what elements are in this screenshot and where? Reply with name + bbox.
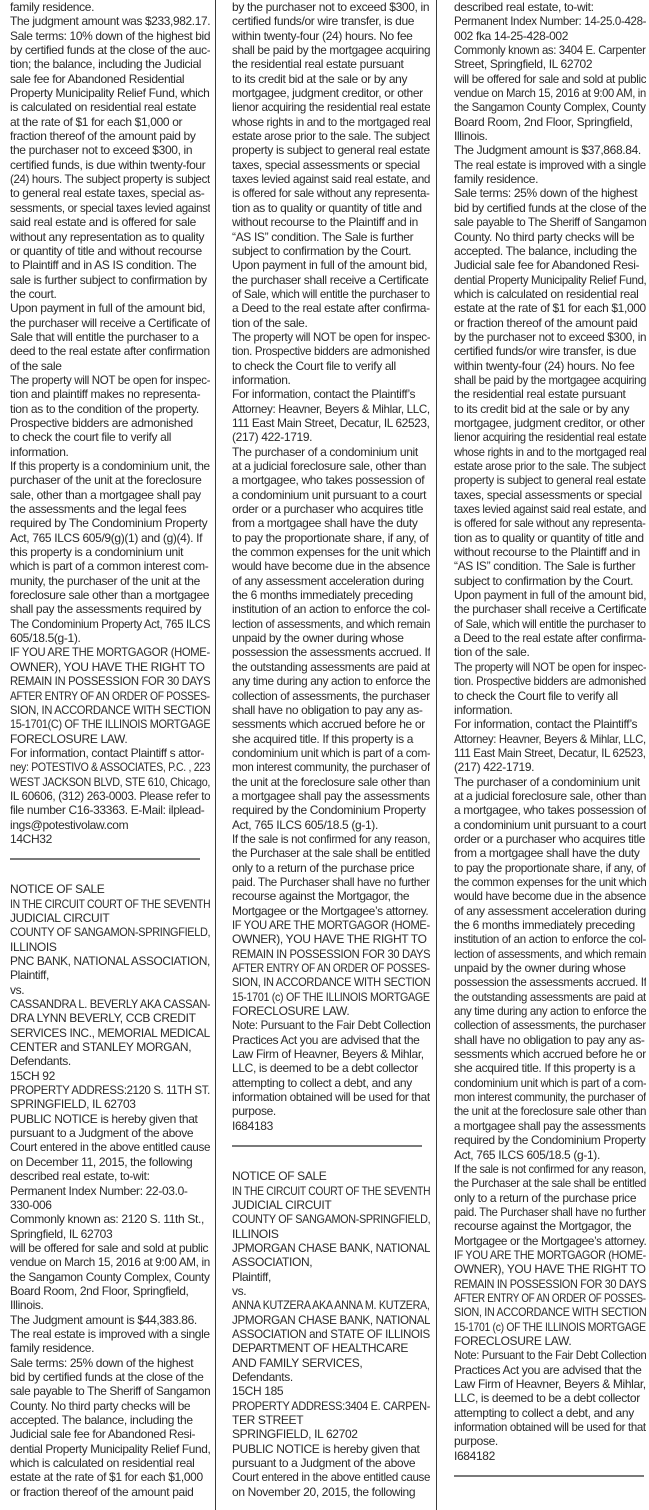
text-line: ANNA KUTZERA AKA ANNA M. KUTZERA, [232,1298,409,1312]
text-line: tion and plaintiff makes no representa- [10,387,210,401]
text-line: from a mortgagee shall have the duty [454,846,646,860]
text-line: information. [454,703,646,717]
text-line: within twenty-four (24) hours. No fee [232,29,430,43]
text-line: Illinois. [454,129,646,143]
text-line: by the purchaser not to exceed $300, in [454,330,641,344]
text-line: If the sale is not confirmed for any rea… [232,832,420,846]
text-line: a mortgagee, who takes possession of [232,473,430,487]
text-line: 002 fka 14-25-428-002 [454,29,646,43]
text-line: FORECLOSURE LAW. [232,1004,430,1018]
text-line: which is part of a common interest com- [10,559,210,573]
text-line: Permanent Index Number: 14-25.0-428- [454,14,638,28]
text-line: is offered for sale without any represen… [454,516,633,530]
text-line: would have become due in the absence [454,889,639,903]
text-line: Practices Act you are advised that the [232,1033,430,1047]
text-line: OWNER), YOU HAVE THE RIGHT TO [10,660,210,674]
text-line: ings@potestivolaw.com [10,818,210,832]
text-line: If the sale is not confirmed for any rea… [454,1162,631,1176]
text-line: For information, contact Plaintiff s att… [10,746,210,760]
text-line: DEPARTMENT OF HEALTHCARE [232,1341,430,1355]
text-line: The purchaser of a condominium unit [232,445,430,459]
text-line: to check the Court file to verify all [454,689,646,703]
text-line: sessments which accrued before he or [232,717,430,731]
text-line: would have become due in the absence [232,559,429,573]
text-line: purpose. [454,1434,646,1448]
text-line: shall be paid by the mortgagee acquiring [454,373,636,387]
text-line: the 6 months immediately preceding [232,588,430,602]
text-line: vendue on March 15, 2016 at 9:00 AM, in [10,1255,204,1269]
text-line: REMAIN IN POSSESSION FOR 30 DAYS [454,1277,627,1291]
text-line: taxes levied against said real estate, a… [454,502,636,516]
text-line: Plaintiff, [232,1270,430,1284]
text-line: SPRINGFIELD, IL 62702 [232,1427,430,1441]
column-3: described real estate, to-wit:Permanent … [454,0,646,1510]
text-line: County. No third party checks will be [454,230,646,244]
text-line: lection of assessments, and which remain [232,617,420,631]
text-line: the common expenses for the unit which [232,545,427,559]
text-line: order or a purchaser who acquires title [454,832,646,846]
text-line: PUBLIC NOTICE is hereby given that [232,1442,430,1456]
text-line: is calculated on residential real estate [10,100,210,114]
text-line: Law Firm of Heavner, Beyers & Mihlar, [454,1377,646,1391]
text-line: I684182 [454,1449,646,1463]
column-divider [436,0,437,1510]
text-line: estate arose prior to the sale. The subj… [232,129,422,143]
text-line: Attorney: Heavner, Beyers & Mihlar, LLC, [454,732,634,746]
text-line: Upon payment in full of the amount bid, [232,258,430,272]
text-line: 15-1701 (c) OF THE ILLINOIS MORTGAGE [454,1320,620,1334]
text-line: SION, IN ACCORDANCE WITH SECTION [454,1305,625,1319]
text-line: REMAIN IN POSSESSION FOR 30 DAYS [10,674,198,688]
text-line: Commonly known as: 2120 S. 11th St., [10,1212,210,1226]
text-line: will be offered for sale and sold at pub… [10,1241,210,1255]
text-line: AND FAMILY SERVICES, [232,1356,430,1370]
text-line: “AS IS” condition. The Sale is further [232,230,430,244]
text-line: recourse against the Mortgagor, the [232,889,430,903]
text-line: AFTER ENTRY OF AN ORDER OF POSSES- [232,961,400,975]
text-line: PROPERTY ADDRESS:2120 S. 11TH ST. [10,1083,199,1097]
text-line: shall have no obligation to pay any as- [454,1033,646,1047]
text-line: without recourse to the Plaintiff and in [232,215,430,229]
text-line: lienor acquiring the residential real es… [232,100,425,114]
text-line: paid. The Purchaser shall have no furthe… [232,875,422,889]
text-line: within twenty-four (24) hours. No fee [454,359,646,373]
text-line: tion as to the condition of the property… [10,402,210,416]
text-line: to pay the proportionate share, if any, … [454,861,641,875]
text-line: Mortgagee or the Mortgagee’s attorney. [232,904,430,918]
text-line: vendue on March 15, 2016 at 9:00 AM, in [454,86,633,100]
text-line: sessments which accrued before he or [454,1047,645,1061]
text-line: The Judgment amount is $37,868.84. [454,143,646,157]
text-line: CASSANDRA L. BEVERLY AKA CASSAN- [10,997,195,1011]
text-line: of Sale, which will entitle the purchase… [454,617,634,631]
text-line: information. [10,445,210,459]
text-line: required by the Condominium Property [454,1133,644,1147]
text-line: estate at the rate of $1 for each $1,000 [454,301,645,315]
text-line: or fraction thereof of the amount paid [454,316,646,330]
text-line: foreclosure sale other than a mortgagee [10,588,210,602]
text-line: Springfield, IL 62703 [10,1227,210,1241]
text-line: (217) 422-1719. [454,760,646,774]
text-line: Defendants. [232,1370,430,1384]
text-line: WEST JACKSON BLVD, STE 610, Chicago, [10,775,189,789]
text-line: estate at the rate of $1 for each $1,000 [10,1470,210,1484]
text-line: shall have no obligation to pay any as- [232,703,430,717]
text-line: a mortgagee shall pay the assessments [232,789,429,803]
text-line: a condominium unit pursuant to a court [454,818,644,832]
text-line: sessments, or special taxes levied again… [10,201,201,215]
text-line: attempting to collect a debt, and any [232,1076,430,1090]
text-line: subject to confirmation by the Court. [454,574,646,588]
text-line: Prospective bidders are admonished [10,416,210,430]
text-line: tion as to quality or quantity of title … [232,201,430,215]
text-line: Court entered in the above entitled caus… [232,1470,423,1484]
text-line: any time during any action to enforce th… [454,1004,636,1018]
text-line: mon interest community, the purchaser of [454,1090,633,1104]
text-line: AFTER ENTRY OF AN ORDER OF POSSES- [10,689,181,703]
text-line: certified funds/or wire transfer, is due [232,14,430,28]
text-line: pursuant to a Judgment of the above [232,1456,430,1470]
text-line: The judgment amount was $233,982.17. [10,14,208,28]
text-line: tion of the sale. [454,645,646,659]
text-line: shall be paid by the mortgagee acquiring [232,43,426,57]
text-line: at a judicial foreclosure sale, other th… [454,789,644,803]
text-line: IN THE CIRCUIT COURT OF THE SEVENTH [10,897,183,911]
text-line: The real estate is improved with a singl… [10,1327,210,1341]
text-line: from a mortgagee shall have the duty [232,516,430,530]
text-line: property is subject to general real esta… [454,473,639,487]
text-line: Permanent Index Number: 22-03.0- [10,1184,210,1198]
text-line: IF YOU ARE THE MORTGAGOR (HOME- [232,918,415,932]
text-line: estate arose prior to the sale. The subj… [454,459,633,473]
text-line: the Purchaser at the sale shall be entit… [454,1176,634,1190]
text-line: LLC, is deemed to be a debt collector [454,1391,646,1405]
text-line: the assessments and the legal fees [10,502,210,516]
text-line: property is subject to general real esta… [232,143,429,157]
text-line: to general real estate taxes, special as… [10,186,210,200]
text-line: paid. The Purchaser shall have no furthe… [454,1205,633,1219]
text-line: the Sangamon County Complex, County [454,100,636,114]
notice-text-block: described real estate, to-wit:Permanent … [454,0,646,1463]
text-line: the Sangamon County Complex, County [10,1270,207,1284]
column-2: by the purchaser not to exceed $300, inc… [232,0,430,1510]
text-line: ILLINOIS [232,1227,430,1241]
text-line: COUNTY OF SANGAMON-SPRINGFIELD, [232,1212,410,1226]
text-line: information obtained will be used for th… [454,1420,637,1434]
text-line: recourse against the Mortgagor, the [454,1219,646,1233]
text-line: vs. [232,1284,430,1298]
text-line: JUDICIAL CIRCUIT [232,1198,430,1212]
text-line: or quantity of title and without recours… [10,244,210,258]
text-line: the court. [10,287,210,301]
text-line: the unit at the foreclosure sale other t… [454,1104,636,1118]
text-line: The property will NOT be open for inspec… [454,660,631,674]
text-line: by certified funds at the close of the a… [10,43,210,57]
text-line: Act, 765 ILCS 605/9(g)(1) and (g)(4). If [10,531,210,545]
text-line: without any representation as to quality [10,230,210,244]
text-line: the residential real estate pursuant [232,57,430,71]
text-line: purchaser of the unit at the foreclosure [10,473,210,487]
text-line: collection of assessments, the purchaser [232,689,425,703]
text-line: Attorney: Heavner, Beyers & Mihlar, LLC, [232,402,423,416]
text-line: required by the Condominium Property [232,803,430,817]
text-line: only to a return of the purchase price [232,861,430,875]
text-line: ney: POTESTIVO & ASSOCIATES, P.C. , 223 [10,760,185,774]
text-line: sale payable to The Sheriff of Sangamon [454,215,636,229]
text-line: collection of assessments, the purchaser [454,1018,636,1032]
text-line: SION, IN ACCORDANCE WITH SECTION [10,703,196,717]
text-line: vs. [10,983,210,997]
text-line: Sale terms: 25% down of the highest [454,186,646,200]
text-line: at a judicial foreclosure sale, other th… [232,459,430,473]
text-line: The purchaser of a condominium unit [454,775,646,789]
legal-notices-page: family residence.The judgment amount was… [0,0,649,1510]
text-line: IN THE CIRCUIT COURT OF THE SEVENTH [232,1184,402,1198]
text-line: COUNTY OF SANGAMON-SPRINGFIELD, [10,925,192,939]
text-line: tion as to quality or quantity of title … [454,531,646,545]
text-line: Act, 765 ILCS 605/18.5 (g-1). [454,1148,646,1162]
text-line: a condominium unit pursuant to a court [232,488,430,502]
text-line: the purchaser not to exceed $300, in [10,143,210,157]
text-line: Board Room, 2nd Floor, Springfield, [10,1284,210,1298]
text-line: without recourse to the Plaintiff and in [454,545,646,559]
text-line: Judicial sale fee for Abandoned Resi- [454,258,646,272]
text-line: which is calculated on residential real [10,1456,210,1470]
text-line: JPMORGAN CHASE BANK, NATIONAL [232,1241,424,1255]
text-line: 111 East Main Street, Decatur, IL 62523, [232,416,427,430]
text-line: fraction thereof of the amount paid by [10,129,210,143]
text-line: or fraction thereof of the amount paid [10,1485,210,1499]
text-line: mortgagee, judgment creditor, or other [232,86,430,100]
text-line: information obtained will be used for th… [232,1090,427,1104]
text-line: The real estate is improved with a singl… [454,158,638,172]
text-line: TER STREET [232,1413,430,1427]
text-line: AFTER ENTRY OF AN ORDER OF POSSES- [454,1291,612,1305]
text-line: family residence. [10,0,210,14]
text-line: Upon payment in full of the amount bid, [10,301,210,315]
text-line: tion of the sale. [232,316,430,330]
text-line: OWNER), YOU HAVE THE RIGHT TO [232,932,430,946]
text-line: pursuant to a Judgment of the above [10,1126,210,1140]
text-line: the purchaser shall receive a Certificat… [232,273,430,287]
text-line: Practices Act you are advised that the [454,1363,646,1377]
text-line: accepted. The balance, including the [454,244,646,258]
text-line: she acquired title. If this property is … [454,1061,646,1075]
text-line: Plaintiff, [10,968,210,982]
text-line: the residential real estate pursuant [454,387,646,401]
text-line: NOTICE OF SALE [232,1169,430,1183]
text-line: 15CH 185 [232,1384,430,1398]
text-line: any time during any action to enforce th… [232,674,426,688]
text-line: ASSOCIATION, [232,1255,430,1269]
text-line: bid by certified funds at the close of t… [10,1370,210,1384]
text-line: she acquired title. If this property is … [232,732,430,746]
text-line: will be offered for sale and sold at pub… [454,72,640,86]
text-line: 605/18.5(g-1). [10,631,210,645]
text-line: by the purchaser not to exceed $300, in [232,0,430,14]
column-divider [215,0,216,1510]
text-line: PUBLIC NOTICE is hereby given that [10,1112,210,1126]
text-line: purpose. [232,1104,430,1118]
text-line: SION, IN ACCORDANCE WITH SECTION [232,975,414,989]
text-line: IL 60606, (312) 263-0003. Please refer t… [10,789,205,803]
text-line: Note: Pursuant to the Fair Debt Collecti… [232,1018,421,1032]
text-line: taxes levied against said real estate, a… [232,172,426,186]
text-line: certified funds/or wire transfer, is due [454,344,646,358]
text-line: order or a purchaser who acquires title [232,502,430,516]
text-line: For information, contact the Plaintiff’s [454,717,646,731]
text-line: this property is a condominium unit [10,545,210,559]
text-line: FORECLOSURE LAW. [454,1334,646,1348]
text-line: unpaid by the owner during whose [454,961,646,975]
text-line: ASSOCIATION and STATE OF ILLINOIS [232,1327,422,1341]
text-line: of any assessment acceleration during [454,904,646,918]
text-line: mon interest community, the purchaser of [232,760,422,774]
notice-separator-rule [232,1145,422,1147]
notice-text-block: NOTICE OF SALEIN THE CIRCUIT COURT OF TH… [232,1169,430,1499]
text-line: The Condominium Property Act, 765 ILCS [10,617,200,631]
text-line: a Deed to the real estate after confirma… [232,301,430,315]
text-line: file number C16-33363. E-Mail: ilplead- [10,803,210,817]
text-line: tion. Prospective bidders are admonished [232,344,421,358]
text-line: The property will NOT be open for inspec… [232,330,420,344]
text-line: subject to confirmation by the Court. [232,244,430,258]
text-line: accepted. The balance, including the [10,1413,210,1427]
text-line: 111 East Main Street, Decatur, IL 62523, [454,746,637,760]
text-line: a Deed to the real estate after confirma… [454,631,640,645]
text-line: 330-006 [10,1198,210,1212]
text-line: sale fee for Abandoned Residential [10,72,210,86]
text-line: sale, other than a mortgagee shall pay [10,488,210,502]
text-line: to its credit bid at the sale or by any [454,402,646,416]
text-line: family residence. [10,1341,210,1355]
text-line: which is calculated on residential real [454,287,646,301]
text-line: to check the Court file to verify all [232,359,430,373]
text-line: lienor acquiring the residential real es… [454,430,636,444]
notice-separator-rule [454,1475,644,1477]
column-1: family residence.The judgment amount was… [10,0,210,1510]
text-line: the outstanding assessments are paid at [232,660,426,674]
text-line: The property will NOT be open for inspec… [10,373,202,387]
text-line: to Plaintiff and in AS IS condition. The [10,258,210,272]
notice-separator-rule [10,858,200,860]
text-line: unpaid by the owner during whose [232,631,430,645]
text-line: Commonly known as: 3404 E. Carpenter [454,43,635,57]
text-line: institution of an action to enforce the … [232,602,428,616]
text-line: tion; the balance, including the Judicia… [10,57,210,71]
text-line: described real estate, to-wit: [10,1169,210,1183]
text-line: possession the assessments accrued. If [232,645,429,659]
text-line: lection of assessments, and which remain [454,947,631,961]
text-line: PNC BANK, NATIONAL ASSOCIATION, [10,954,207,968]
text-line: the purchaser shall receive a Certificat… [454,602,642,616]
text-line: whose rights in and to the mortgaged rea… [454,445,633,459]
text-line: NOTICE OF SALE [10,882,210,896]
text-line: bid by certified funds at the close of t… [454,201,645,215]
text-line: The Judgment amount is $44,383.86. [10,1313,210,1327]
text-line: Defendants. [10,1054,210,1068]
text-line: to pay the proportionate share, if any, … [232,531,430,545]
text-line: certified funds, is due within twenty-fo… [10,158,210,172]
text-line: IF YOU ARE THE MORTGAGOR (HOME- [10,645,197,659]
text-line: Note: Pursuant to the Fair Debt Collecti… [454,1348,632,1362]
text-line: mortgagee, judgment creditor, or other [454,416,646,430]
text-line: shall pay the assessments required by [10,602,210,616]
text-line: information. [232,373,430,387]
text-line: ILLINOIS [10,940,210,954]
text-line: Sale that will entitle the purchaser to … [10,330,210,344]
text-line: the unit at the foreclosure sale other t… [232,775,425,789]
text-line: 15-1701 (c) OF THE ILLINOIS MORTGAGE [232,990,409,1004]
text-line: described real estate, to-wit: [454,0,646,14]
text-line: required by The Condominium Property [10,516,210,530]
text-line: 14CH32 [10,832,210,846]
text-line: CENTER and STANLEY MORGAN, [10,1040,210,1054]
text-line: If this property is a condominium unit, … [10,459,206,473]
text-line: possession the assessments accrued. If [454,975,639,989]
text-line: IF YOU ARE THE MORTGAGOR (HOME- [454,1248,626,1262]
text-line: SPRINGFIELD, IL 62703 [10,1097,210,1111]
text-line: Property Municipality Relief Fund, which [10,86,210,100]
text-line: dential Property Municipality Relief Fun… [454,273,636,287]
text-line: whose rights in and to the mortgaged rea… [232,115,422,129]
text-line: sale payable to The Sheriff of Sangamon [10,1384,207,1398]
text-line: Act, 765 ILCS 605/18.5 (g-1). [232,818,430,832]
text-line: Sale terms: 10% down of the highest bid [10,29,209,43]
text-line: is offered for sale without any represen… [232,186,422,200]
text-line: Board Room, 2nd Floor, Springfield, [454,115,646,129]
text-line: the common expenses for the unit which [454,875,637,889]
text-line: (24) hours. The subject property is subj… [10,172,201,186]
notice-text-block: family residence.The judgment amount was… [10,0,210,846]
text-line: dential Property Municipality Relief Fun… [10,1442,207,1456]
notice-text-block: NOTICE OF SALEIN THE CIRCUIT COURT OF TH… [10,882,210,1499]
text-line: Mortgagee or the Mortgagee’s attorney. [454,1234,642,1248]
text-line: sale is further subject to confirmation … [10,273,210,287]
text-line: only to a return of the purchase price [454,1191,646,1205]
text-line: Sale terms: 25% down of the highest [10,1356,210,1370]
text-line: of any assessment acceleration during [232,574,430,588]
text-line: tion. Prospective bidders are admonished [454,674,632,688]
text-line: the Purchaser at the sale shall be entit… [232,846,423,860]
text-line: family residence. [454,172,646,186]
notice-text-block: by the purchaser not to exceed $300, inc… [232,0,430,1133]
text-line: (217) 422-1719. [232,430,430,444]
text-line: Illinois. [10,1298,210,1312]
text-line: “AS IS” condition. The Sale is further [454,559,646,573]
text-line: of the sale [10,359,210,373]
text-line: to its credit bid at the sale or by any [232,72,430,86]
text-line: the purchaser will receive a Certificate… [10,316,209,330]
text-line: County. No third party checks will be [10,1399,210,1413]
text-line: the outstanding assessments are paid at [454,990,636,1004]
text-line: taxes, special assessments or special [454,488,646,502]
text-line: JPMORGAN CHASE BANK, NATIONAL [232,1313,424,1327]
text-line: condominium unit which is part of a com- [454,1076,636,1090]
text-line: said real estate and is offered for sale [10,215,210,229]
text-line: to check the court file to verify all [10,430,210,444]
text-line: on December 11, 2015, the following [10,1155,210,1169]
text-line: Law Firm of Heavner, Beyers & Mihlar, [232,1047,430,1061]
text-line: taxes, special assessments or special [232,158,430,172]
text-line: OWNER), YOU HAVE THE RIGHT TO [454,1262,643,1276]
text-line: PROPERTY ADDRESS:3404 E. CARPEN- [232,1399,413,1413]
text-line: FORECLOSURE LAW. [10,732,210,746]
text-line: on November 20, 2015, the following [232,1485,430,1499]
text-line: Court entered in the above entitled caus… [10,1140,205,1154]
text-line: at the rate of $1 for each $1,000 or [10,115,210,129]
text-line: attempting to collect a debt, and any [454,1406,646,1420]
